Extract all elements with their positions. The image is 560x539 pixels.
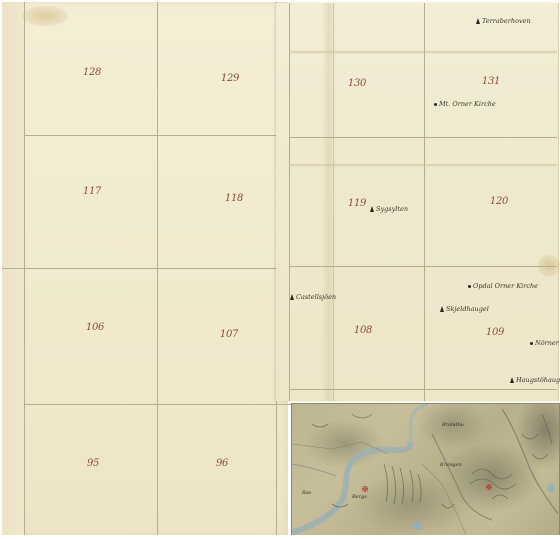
sheet-number[interactable]: 118 [225, 193, 243, 204]
map-place-text: Brandbu [442, 422, 464, 428]
place-name: Opdal Orner Kirche [473, 282, 538, 290]
grid-line-vertical [424, 3, 425, 401]
map-place-text: Krengen [440, 462, 462, 468]
sheet-seam [289, 164, 557, 167]
sheet-number[interactable]: 119 [348, 198, 366, 209]
map-canvas: 128 129 130 131 117 118 119 120 106 107 … [0, 0, 560, 539]
trig-point-icon [370, 206, 374, 212]
place-label[interactable]: Nörner K. [530, 339, 560, 347]
place-name: Haugstöhaugel [516, 376, 560, 384]
grid-line-vertical [289, 3, 290, 401]
place-name: Terraberhoven [482, 17, 531, 25]
trig-point-icon [476, 18, 480, 24]
grid-line-horizontal [24, 135, 276, 136]
grid-line-horizontal [2, 268, 276, 269]
sheet-number[interactable]: 109 [486, 327, 504, 338]
left-index-sheet [2, 2, 288, 537]
sheet-number[interactable]: 120 [490, 196, 508, 207]
place-label[interactable]: Terraberhoven [476, 17, 531, 25]
trig-point-icon [510, 377, 514, 383]
place-label[interactable]: Sygsylten [370, 205, 408, 213]
sheet-number[interactable]: 96 [216, 458, 228, 469]
place-name: Castellsjöen [296, 293, 336, 301]
sheet-number[interactable]: 129 [221, 73, 239, 84]
trig-point-icon [440, 306, 444, 312]
place-label[interactable]: Castellsjöen [290, 293, 336, 301]
sheet-margin [2, 2, 24, 537]
grid-line-horizontal [24, 404, 291, 405]
topographic-map-fragment[interactable]: Brandbu Krengen Røs Bergs ✠ ✠ [291, 403, 560, 538]
sheet-number[interactable]: 107 [220, 329, 238, 340]
place-label[interactable]: Skjeldhaugel [440, 305, 489, 313]
sheet-number[interactable]: 95 [87, 458, 99, 469]
right-overlay-sheet [276, 3, 559, 401]
sheet-number[interactable]: 106 [86, 322, 104, 333]
place-label[interactable]: Haugstöhaugel [510, 376, 560, 384]
place-name: Nörner K. [535, 339, 560, 347]
church-marker-icon: ✠ [362, 485, 368, 494]
grid-line-vertical [333, 3, 334, 401]
place-name: Skjeldhaugel [446, 305, 489, 313]
sheet-number[interactable]: 131 [482, 76, 500, 87]
map-place-text: Røs [302, 490, 311, 496]
grid-line-horizontal [289, 137, 557, 138]
grid-line-horizontal [289, 389, 557, 390]
church-dot-icon [468, 285, 471, 288]
place-label[interactable]: Opdal Orner Kirche [468, 282, 538, 290]
church-marker-icon: ✠ [486, 483, 492, 492]
map-place-text: Bergs [352, 494, 367, 500]
scan-edge [0, 535, 560, 539]
trig-point-icon [290, 294, 294, 300]
church-dot-icon [434, 103, 437, 106]
sheet-number[interactable]: 117 [83, 186, 101, 197]
place-name: Sygsylten [376, 205, 408, 213]
sheet-number[interactable]: 108 [354, 325, 372, 336]
church-dot-icon [530, 342, 533, 345]
sheet-number[interactable]: 128 [83, 67, 101, 78]
paper-stain [22, 6, 68, 26]
place-label[interactable]: Mt. Orner Kirche [434, 100, 496, 108]
grid-line-horizontal [289, 266, 557, 267]
sheet-seam [289, 51, 557, 54]
place-name: Mt. Orner Kirche [439, 100, 496, 108]
terrain-drawing [292, 404, 559, 537]
sheet-number[interactable]: 130 [348, 78, 366, 89]
